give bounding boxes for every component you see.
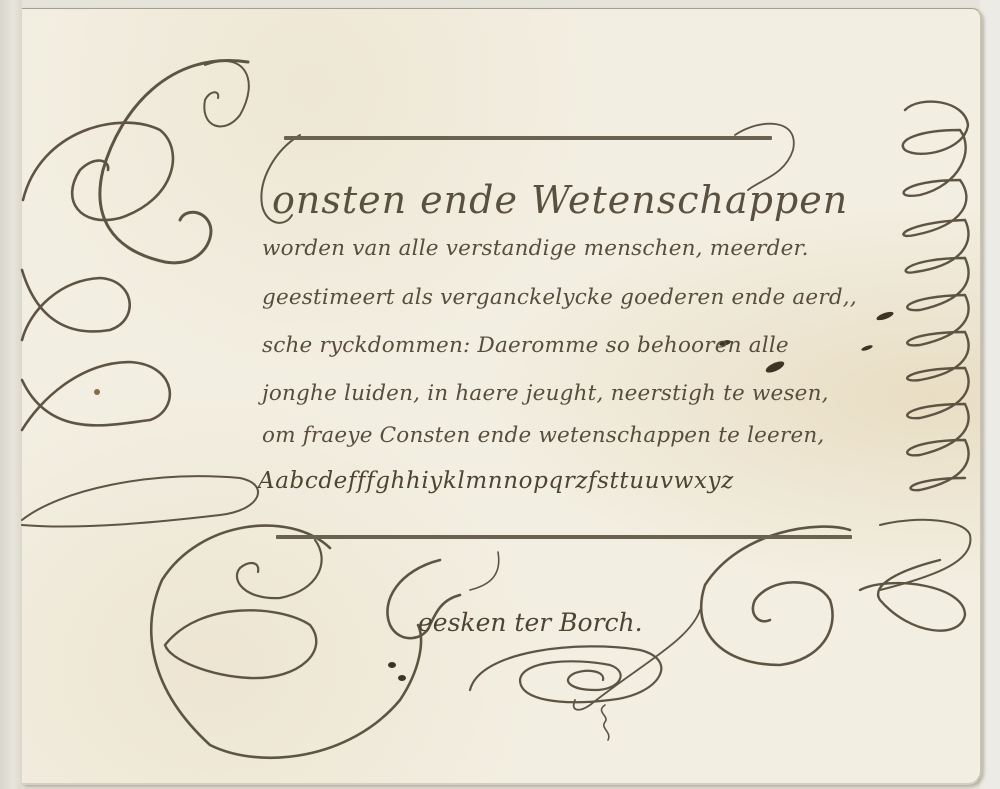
bottom-rule [276, 535, 852, 539]
body-line: jonghe luiden, in haere jeught, neerstig… [262, 381, 829, 406]
flourish-bottom-g [151, 526, 421, 758]
flourish-top-curl [204, 61, 248, 126]
flourish-bottom-g-mid [165, 610, 316, 678]
page-title: Consten ende Wetenschappen [272, 178, 848, 222]
alphabet-sample: Aabcdefffghhiyklmnnopqrzfsttuuvwxyz [258, 468, 734, 494]
top-rule [284, 136, 772, 140]
signature-text: eesken ter Borch. [418, 608, 643, 637]
flourish-left-loop-3 [22, 476, 258, 526]
flourish-right-coil [903, 102, 969, 491]
flourish-c-loop [23, 123, 173, 220]
flourish-right-top-arc [880, 520, 970, 590]
title-text: onsten ende Wetenschappen [272, 178, 848, 222]
flourish-spiral-tail [601, 705, 608, 740]
flourish-left-loop-2 [22, 362, 170, 430]
flourish-signature-g-top [470, 552, 499, 590]
body-line: om fraeye Consten ende wetenschappen te … [262, 423, 824, 448]
flourish-right-loop [860, 560, 965, 631]
body-line: worden van alle verstandige menschen, me… [262, 236, 809, 261]
body-line: sche ryckdommen: Daeromme so behooren al… [262, 333, 789, 358]
flourish-right-spiral [701, 527, 850, 665]
body-line: geestimeert als verganckelycke goederen … [262, 285, 857, 310]
signature: Geesken ter Borch. [418, 608, 643, 637]
flourish-bottom-g-inner [237, 540, 322, 598]
flourish-left-loop-1 [22, 270, 130, 340]
